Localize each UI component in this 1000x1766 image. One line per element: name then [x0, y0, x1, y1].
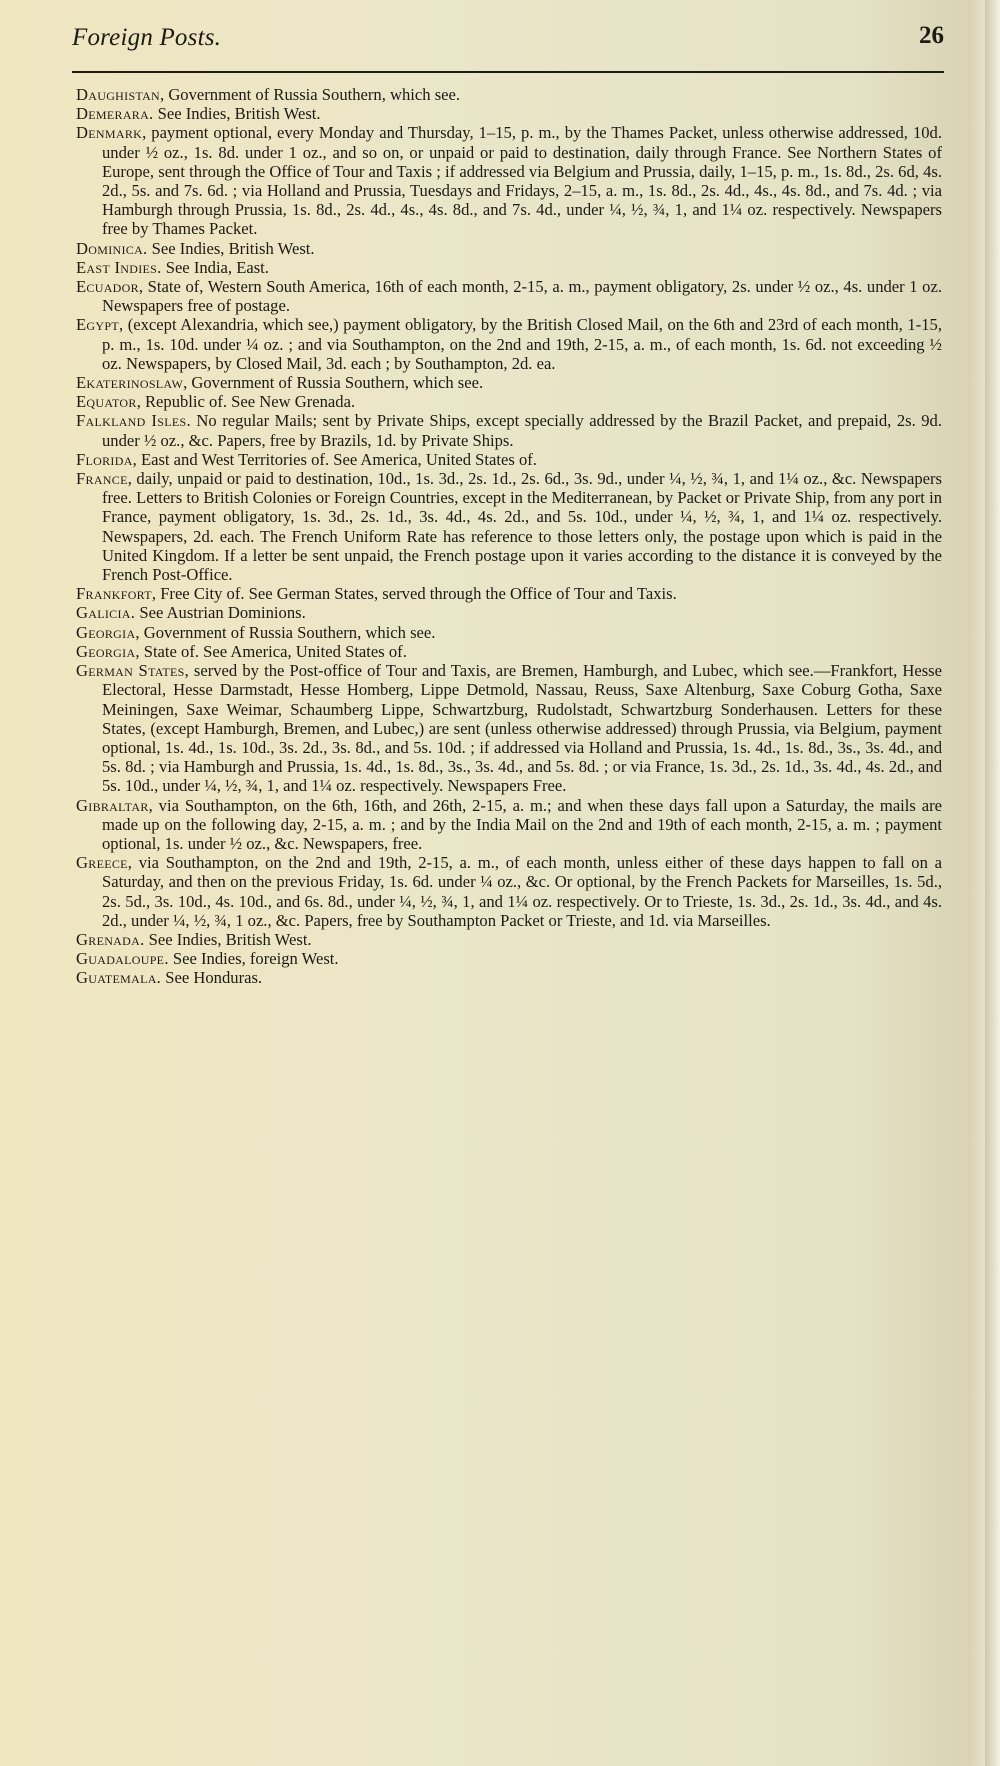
entry-frankfort: Frankfort, Free City of. See German Stat… [76, 584, 942, 603]
entry-heading: Frankfort [76, 584, 152, 603]
entry-german-states: German States, served by the Post-office… [76, 661, 942, 795]
entry-text: , (except Alexandria, which see,) paymen… [102, 315, 942, 372]
entry-heading: Florida [76, 450, 133, 469]
entry-text: See Indies, British West. [148, 239, 315, 258]
entry-heading: Daughistan [76, 85, 160, 104]
entry-text: , Government of Russia Southern, which s… [160, 85, 460, 104]
entry-heading: Grenada. [76, 930, 145, 949]
gazetteer-entries: Daughistan, Government of Russia Souther… [76, 85, 942, 988]
entry-text: , daily, unpaid or paid to destination, … [102, 469, 942, 584]
entry-equator: Equator, Republic of. See New Grenada. [76, 392, 942, 411]
page-edge [985, 0, 1000, 1766]
entry-heading: German States [76, 661, 185, 680]
entry-guatemala: Guatemala. See Honduras. [76, 968, 942, 987]
entry-text: , via Southampton, on the 2nd and 19th, … [102, 853, 942, 930]
entry-text: See India, East. [162, 258, 269, 277]
entry-falkland-isles: Falkland Isles. No regular Mails; sent b… [76, 411, 942, 449]
entry-heading: Gibraltar [76, 796, 149, 815]
book-page: Foreign Posts. 26 Daughistan, Government… [0, 0, 1000, 1766]
entry-text: , Free City of. See German States, serve… [152, 584, 677, 603]
entry-heading: Georgia [76, 623, 135, 642]
entry-heading: Ecuador [76, 277, 139, 296]
entry-heading: Egypt [76, 315, 119, 334]
entry-ekaterinoslaw: Ekaterinoslaw, Government of Russia Sout… [76, 373, 942, 392]
entry-georgia-state: Georgia, State of. See America, United S… [76, 642, 942, 661]
entry-heading: Denmark [76, 123, 142, 142]
running-title: Foreign Posts. [72, 24, 221, 52]
entry-text: , State of. See America, United States o… [135, 642, 406, 661]
entry-text: See Austrian Dominions. [135, 603, 306, 622]
entry-georgia-russia: Georgia, Government of Russia Southern, … [76, 623, 942, 642]
entry-heading: Guatemala. [76, 968, 161, 987]
entry-egypt: Egypt, (except Alexandria, which see,) p… [76, 315, 942, 373]
entry-heading: Georgia [76, 642, 135, 661]
entry-gibraltar: Gibraltar, via Southampton, on the 6th, … [76, 796, 942, 854]
entry-heading: Demerara. [76, 104, 154, 123]
entry-heading: France [76, 469, 128, 488]
entry-heading: Galicia. [76, 603, 135, 622]
entry-florida: Florida, East and West Territories of. S… [76, 450, 942, 469]
entry-text: , Government of Russia Southern, which s… [135, 623, 435, 642]
entry-heading: Ekaterinoslaw [76, 373, 183, 392]
entry-text: , Republic of. See New Grenada. [137, 392, 355, 411]
entry-text: , via Southampton, on the 6th, 16th, and… [102, 796, 942, 853]
entry-heading: Dominica. [76, 239, 148, 258]
entry-text: No regular Mails; sent by Private Ships,… [102, 411, 942, 449]
entry-text: , State of, Western South America, 16th … [102, 277, 942, 315]
entry-text: See Indies, foreign West. [169, 949, 339, 968]
entry-heading: Guadaloupe. [76, 949, 169, 968]
entry-grenada: Grenada. See Indies, British West. [76, 930, 942, 949]
entry-east-indies: East Indies. See India, East. [76, 258, 942, 277]
entry-denmark: Denmark, payment optional, every Monday … [76, 123, 942, 238]
entry-ecuador: Ecuador, State of, Western South America… [76, 277, 942, 315]
entry-text: , served by the Post-office of Tour and … [102, 661, 942, 795]
entry-galicia: Galicia. See Austrian Dominions. [76, 603, 942, 622]
entry-heading: Greece [76, 853, 128, 872]
entry-text: , Government of Russia Southern, which s… [183, 373, 483, 392]
entry-text: , East and West Territories of. See Amer… [133, 450, 537, 469]
entry-heading: Falkland Isles. [76, 411, 191, 430]
entry-text: See Indies, British West. [145, 930, 312, 949]
entry-demerara: Demerara. See Indies, British West. [76, 104, 942, 123]
entry-dominica: Dominica. See Indies, British West. [76, 239, 942, 258]
entry-daughistan: Daughistan, Government of Russia Souther… [76, 85, 942, 104]
entry-text: See Indies, British West. [154, 104, 321, 123]
page-number: 26 [919, 22, 944, 50]
entry-greece: Greece, via Southampton, on the 2nd and … [76, 853, 942, 930]
entry-guadaloupe: Guadaloupe. See Indies, foreign West. [76, 949, 942, 968]
running-head: Foreign Posts. 26 [72, 20, 942, 60]
entry-heading: East Indies. [76, 258, 162, 277]
header-rule [72, 71, 944, 73]
entry-text: , payment optional, every Monday and Thu… [102, 123, 942, 238]
entry-heading: Equator [76, 392, 137, 411]
entry-text: See Honduras. [161, 968, 262, 987]
entry-france: France, daily, unpaid or paid to destina… [76, 469, 942, 584]
